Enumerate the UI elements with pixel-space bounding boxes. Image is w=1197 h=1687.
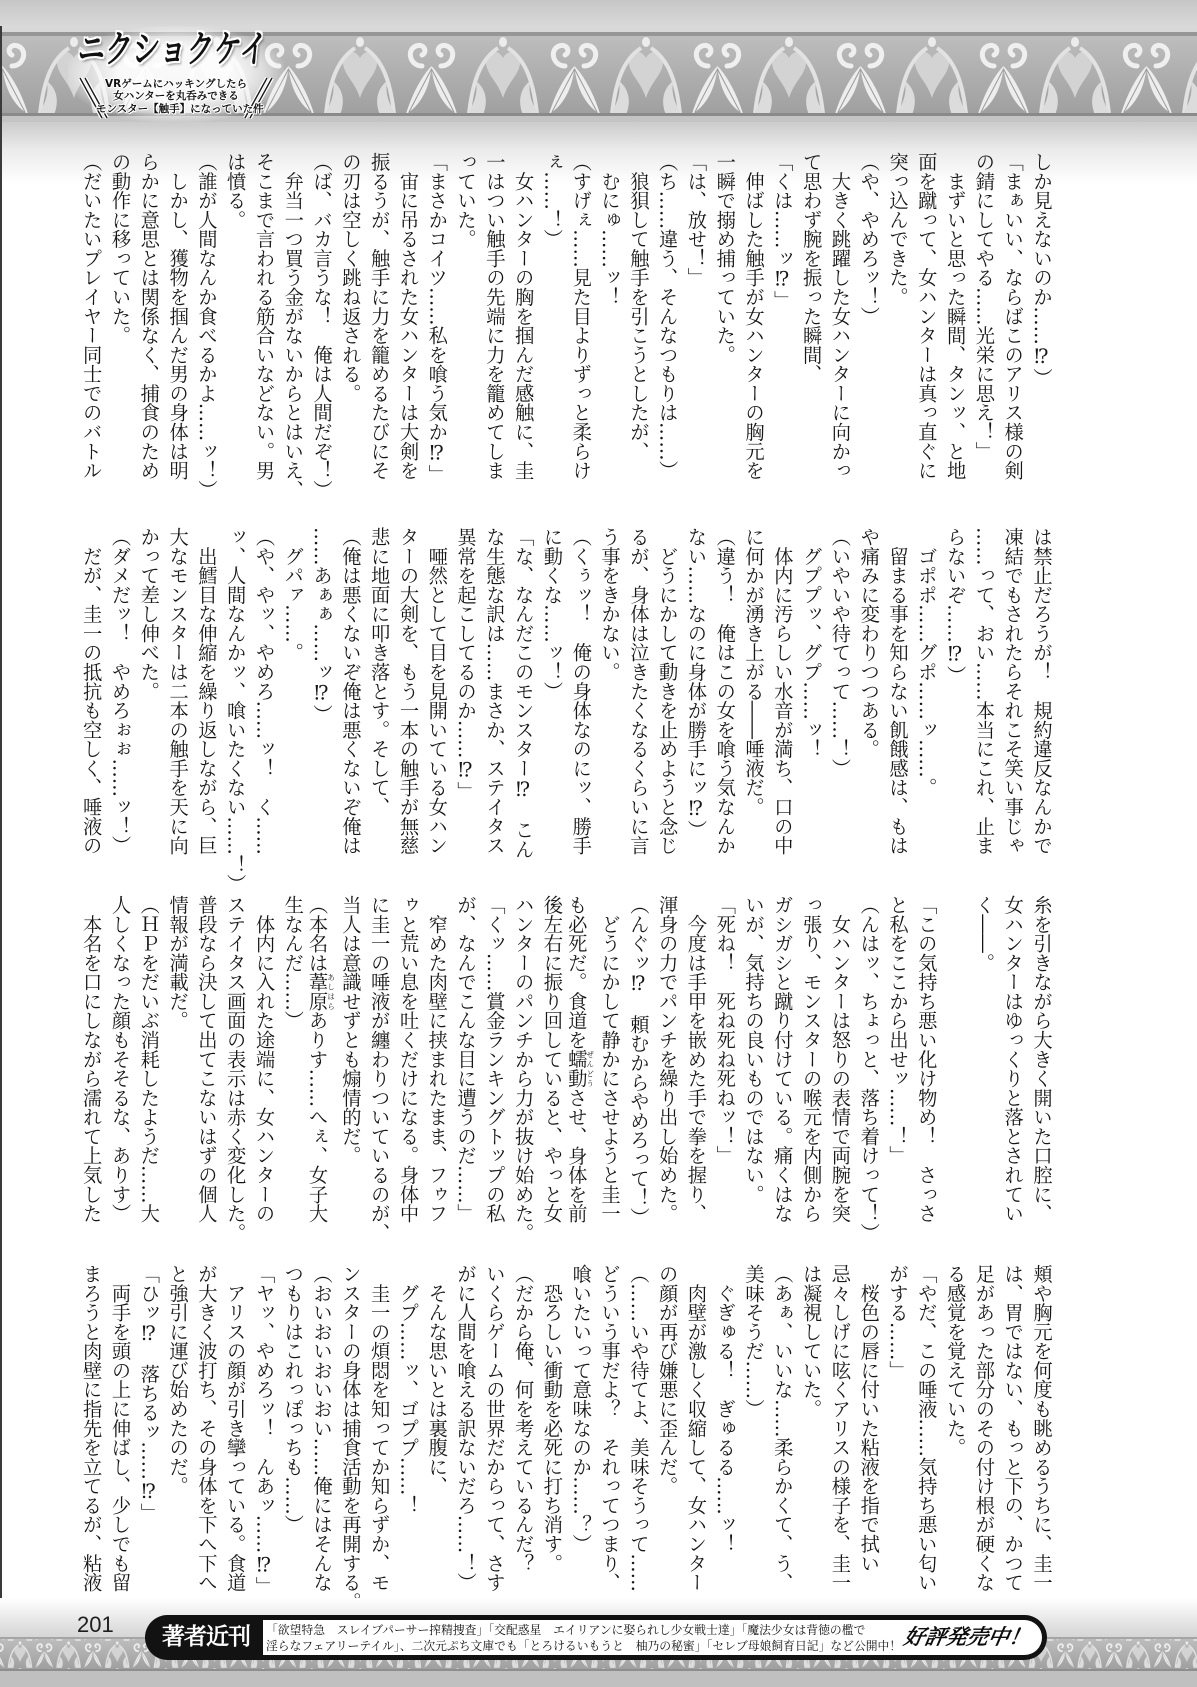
text-column: 体内に汚らしい水音が満ち、口の中 [767, 527, 796, 857]
text-column: いが、気持ちの良いものではない。 [738, 895, 767, 1225]
text-column: 渾身の力でパンチを繰り出し始めた。 [652, 895, 681, 1225]
text-column: 窄めた肉壁に挟まれたまま、フゥフ [421, 895, 450, 1225]
text-column: て思わず腕を振った瞬間、 [796, 152, 825, 482]
text-column: 弁当一つ買う金がないからとはいえ、 [277, 152, 306, 482]
text-column: 本名を口にしながら濡れて上気した [76, 895, 105, 1225]
text-column: 美味そうだ……） [738, 1264, 767, 1594]
text-column: 頬や胸元を何度も眺めるうちに、圭一 [1026, 1264, 1055, 1594]
text-column: 面を蹴って、女ハンターは真っ直ぐに [911, 152, 940, 482]
text-column: 女ハンターの胸を掴んだ感触に、圭 [508, 152, 537, 482]
text-column: の錆にしてやる……光栄に思え！」 [969, 152, 998, 482]
text-column: 桜色の唇に付いた粘液を指で拭い [853, 1264, 882, 1594]
text-column: 恐ろしい衝動を必死に打ち消す。 [537, 1264, 566, 1594]
text-column: ぐぎゅる！ ぎゅるる……ッ！ [709, 1264, 738, 1594]
ad-text-line: 淫らなフェアリーテイル」、二次元ぷち文庫でも「とろけるいもうと 柚乃の秘蜜」「セ… [266, 1638, 894, 1654]
text-column: 「ヤッ、やめろッ！ んあッ……⁉」 [249, 1264, 278, 1594]
text-column: 後左右に振り回していると、やっと女 [537, 895, 566, 1225]
text-column: グププッ、グプ……ッ！ [796, 527, 825, 857]
text-column: 普段なら決して出てこないはずの個人 [191, 895, 220, 1225]
text-column: （……いや待てよ、美味そうって…… [623, 1264, 652, 1594]
author-ad-banner: 著者近刊 「欲望特急 スレイブパーサー搾精捜査」「交配惑星 エイリアンに娶られし… [145, 1615, 1047, 1660]
text-column: 異常を起こしてるのか……⁉」 [450, 527, 479, 857]
text-column: 今度は手甲を嵌めた手で拳を握り、 [681, 895, 710, 1225]
text-column: が大きく波打ち、その身体を下へ下へ [191, 1264, 220, 1594]
ad-text-line: 「欲望特急 スレイブパーサー搾精捜査」「交配惑星 エイリアンに娶られし少女戦士達… [266, 1622, 894, 1638]
text-column: しか見えないのか……⁉） [1026, 152, 1055, 482]
text-column: らないぞ……⁉） [940, 527, 969, 857]
text-column: ハンターのパンチから力が抜け始めた。 [508, 895, 537, 1225]
text-column: の刃は空しく跳ね返される。 [335, 152, 364, 482]
book-page: ニクショクケイ VRゲームにハッキングしたら 女ハンターを丸呑みできる モンスタ… [0, 0, 1197, 1687]
text-column: 大きく跳躍した女ハンターに向かっ [825, 152, 854, 482]
text-column: だが、圭一の抵抗も空しく、唾液の [76, 527, 105, 857]
text-column: 「は、放せ！」 [681, 152, 710, 482]
text-column: 肉壁が激しく収縮して、女ハンター [681, 1264, 710, 1594]
text-column: と私をここから出せッ……！」 [882, 895, 911, 1225]
text-column: や痛みに変わりつつある。 [853, 527, 882, 857]
text-column: （あぁ、いいな……柔らかくて、う、 [767, 1264, 796, 1594]
text-column: と強引に運び始めたのだ。 [162, 1264, 191, 1594]
text-column: （んぐッ⁉ 頼むからやめろって！） [623, 895, 652, 1225]
text-column: どういう事だよ？ それってつまり、 [594, 1264, 623, 1594]
text-column: 糸を引きながら大きく開いた口腔に、 [1026, 895, 1055, 1225]
text-column: 伸ばした触手が女ハンターの胸元を [738, 152, 767, 482]
text-column: まずいと思った瞬間、タンッ、と地 [940, 152, 969, 482]
text-column: （ば、バカ言うな！ 俺は人間だぞ！） [306, 152, 335, 482]
subtitle-line: 女ハンターを丸呑みできる [96, 90, 256, 102]
text-column: ぇ……！） [537, 152, 566, 482]
text-column: （ダメだッ！ やめろぉぉ……ッ！） [105, 527, 134, 857]
text-column: どうにかして動きを止めようと念じ [652, 527, 681, 857]
text-column: 「この気持ち悪い化け物め！ さっさ [911, 895, 940, 1225]
text-column: しかし、獲物を掴んだ男の身体は明 [162, 152, 191, 482]
text-column: グパァ……。 [277, 527, 306, 857]
ad-book-list: 「欲望特急 スレイブパーサー搾精捜査」「交配惑星 エイリアンに娶られし少女戦士達… [266, 1622, 894, 1654]
footer-base-strip [0, 1671, 1197, 1687]
title-logo: ニクショクケイ VRゲームにハッキングしたら 女ハンターを丸呑みできる モンスタ… [68, 26, 284, 122]
text-tier-4: 頬や胸元を何度も眺めるうちに、圭一は、胃ではない、もっと下の、かつて足があった部… [75, 1264, 1055, 1594]
text-column: 宙に吊るされた女ハンターは大剣を [393, 152, 422, 482]
text-column: の顔が再び嫌悪に歪んだ。 [652, 1264, 681, 1594]
text-column: っていた。 [450, 152, 479, 482]
text-column: 「まさかコイツ……私を喰う気か⁉」 [421, 152, 450, 482]
ruby-annotation: 葦原あしはら [306, 972, 329, 1011]
text-column: も必死だ。食道を蠕動ぜんどうさせ、身体を前 [565, 895, 594, 1225]
subtitle: VRゲームにハッキングしたら 女ハンターを丸呑みできる モンスター【触手】になっ… [96, 78, 256, 115]
text-column: （や、やッ、やめろ……ッ！ く…… [249, 527, 278, 857]
title-text: ニクショクケイ [76, 26, 269, 72]
text-column: 唖然として目を見開いている女ハン [421, 527, 450, 857]
text-column: そんな思いとは裏腹に、 [421, 1264, 450, 1594]
text-column: （くぅッ！ 俺の身体なのにッ、勝手 [565, 527, 594, 857]
text-column: かって差し伸べた。 [134, 527, 163, 857]
ruby-reading: あしはら [327, 972, 336, 1011]
text-column: に何かが湧き上がる――唾液だ。 [738, 527, 767, 857]
ruby-reading: ぜんどう [586, 1049, 595, 1088]
text-column: グプ……ッ、ゴププ……！ [393, 1264, 422, 1594]
text-column: （誰が人間なんか食べるかよ……ッ！） [191, 152, 220, 482]
text-column: 情報が満載だ。 [162, 895, 191, 1225]
text-column: に動くな……ッ！） [537, 527, 566, 857]
text-column: 「くッ……賞金ランキングトップの私 [479, 895, 508, 1225]
text-column: 女ハンターはゆっくりと落とされてい [997, 895, 1026, 1225]
text-column: が、なんでこんな目に遭うのだ……」 [450, 895, 479, 1225]
header-top-strip [0, 0, 1197, 28]
text-column: （だから俺、何を考えているんだ？ [508, 1264, 537, 1594]
text-column: 女ハンターは怒りの表情で両腕を突 [825, 895, 854, 1225]
text-column: るが、身体は泣きたくなるくらいに言 [623, 527, 652, 857]
text-column: ターの大剣を、もう一本の触手が無慈 [393, 527, 422, 857]
text-column: 「まぁいい、ならばこのアリス様の剣 [997, 152, 1026, 482]
page-edge-line [0, 26, 2, 1672]
text-column: 「やだ、この唾液……気持ち悪い匂い [911, 1264, 940, 1594]
ruby-annotation: 蠕動ぜんどう [565, 1049, 588, 1088]
text-column: う事をきかない。 [594, 527, 623, 857]
text-column: 「ひッ⁉ 落ちるッ……⁉」 [134, 1264, 163, 1594]
text-column: がする……」 [882, 1264, 911, 1594]
text-column: つもりはこれっぽっちも……） [277, 1264, 306, 1594]
text-column: （ＨＰをだいぶ消耗したようだ……大 [134, 895, 163, 1225]
text-column: （いやいや待てって……！） [825, 527, 854, 857]
text-column: （違う！ 俺はこの女を喰う気なんか [709, 527, 738, 857]
text-column: 留まる事を知らない飢餓感は、もは [882, 527, 911, 857]
text-column: 「死ね！ 死ね死ね死ねッ！」 [709, 895, 738, 1225]
text-column: 出鱈目な伸縮を繰り返しながら、巨 [191, 527, 220, 857]
text-column: は禁止だろうが！ 規約違反なんかで [1026, 527, 1055, 857]
text-column: 凍結でもされたらそれこそ笑い事じゃ [997, 527, 1026, 857]
page-number: 201 [77, 1613, 114, 1637]
text-column: は、胃ではない、もっと下の、かつて [997, 1264, 1026, 1594]
text-column: ステイタス画面の表示は赤く変化した。 [220, 895, 249, 1225]
text-column: ガシガシと蹴り付けている。痛くはな [767, 895, 796, 1225]
text-column: （本名は葦原あしはらありす……へぇ、女子大 [306, 895, 335, 1225]
subtitle-line: モンスター【触手】になっていた件 [96, 103, 256, 115]
text-column [940, 895, 969, 1225]
text-column: 当人は意識せずとも煽情的だ。 [335, 895, 364, 1225]
ad-label: 著者近刊 [151, 1615, 261, 1660]
text-column: 圭一の煩悶を知ってか知らずか、モ [364, 1264, 393, 1594]
text-column: ゴポポ……グポ……ッ……。 [911, 527, 940, 857]
text-column: な生態な訳は……まさか、ステイタス [479, 527, 508, 857]
ad-content-box: 「欲望特急 スレイブパーサー搾精捜査」「交配惑星 エイリアンに娶られし少女戦士達… [263, 1620, 1042, 1655]
text-column: （だいたいプレイヤー同士でのバトル [76, 152, 105, 482]
text-column: 足があった部分のその付け根が硬くな [969, 1264, 998, 1594]
text-column: は憤る。 [220, 152, 249, 482]
text-column: （ち……違う、そんなつもりは……） [652, 152, 681, 482]
text-column: 「な、なんだこのモンスター⁉ こん [508, 527, 537, 857]
text-column: 一瞬で搦め捕っていた。 [709, 152, 738, 482]
text-column: （すげぇ……見た目よりずっと柔らけ [565, 152, 594, 482]
text-column: は凝視していた。 [796, 1264, 825, 1594]
text-column: っ張り、モンスターの喉元を内側から [796, 895, 825, 1225]
text-column: アリスの顔が引き攣っている。食道 [220, 1264, 249, 1594]
text-column: く――。 [969, 895, 998, 1225]
text-column: （おいおいおいおい……俺にはそんな [306, 1264, 335, 1594]
text-column: 一はつい触手の先端に力を籠めてしま [479, 152, 508, 482]
text-column: の動作に移っていた。 [105, 152, 134, 482]
text-column: ッ、人間なんかッ、喰いたくない……！） [220, 527, 249, 857]
text-column: 突っ込んできた。 [882, 152, 911, 482]
text-column: むにゅ……ッ！ [594, 152, 623, 482]
text-column: 喰いたいって意味なのか……？） [565, 1264, 594, 1594]
text-column: そこまで言われる筋合いなどない。男 [249, 152, 278, 482]
subtitle-line: VRゲームにハッキングしたら [96, 78, 256, 90]
text-tier-3: 糸を引きながら大きく開いた口腔に、女ハンターはゆっくりと落とされていく――。「こ… [75, 895, 1055, 1225]
text-column: どうにかして静かにさせようと圭一 [594, 895, 623, 1225]
text-column: 両手を頭の上に伸ばし、少しでも留 [105, 1264, 134, 1594]
text-column: らかに意思とは関係なく、捕食のため [134, 152, 163, 482]
text-column: いくらゲームの世界だからって、さす [479, 1264, 508, 1594]
text-column: 人しくなった顔もそそるな、ありす） [105, 895, 134, 1225]
text-column: 大なモンスターは二本の触手を天に向 [162, 527, 191, 857]
text-column: 悲に地面に叩き落とす。そして、 [364, 527, 393, 857]
text-column: に圭一の唾液が纏わりついているのが、 [364, 895, 393, 1225]
text-column: 振るうが、触手に力を籠めるたびにそ [364, 152, 393, 482]
text-tier-1: しか見えないのか……⁉）「まぁいい、ならばこのアリス様の剣の錆にしてやる……光栄… [75, 152, 1055, 482]
text-column: 「くは……ッ⁉」 [767, 152, 796, 482]
text-column: る感覚を覚えていた。 [940, 1264, 969, 1594]
text-column: （んはッ、ちょっと、落ち着けって！） [853, 895, 882, 1225]
text-column: ンスターの身体は捕食活動を再開する。 [335, 1264, 364, 1594]
text-column: ……あぁぁ……ッ⁉） [306, 527, 335, 857]
text-column: （や、やめろッ！） [853, 152, 882, 482]
text-column: 狼狽して触手を引こうとしたが、 [623, 152, 652, 482]
text-column: ゥと荒い息を吐くだけになる。身体中 [393, 895, 422, 1225]
ad-tagline: 好評発売中！ [901, 1620, 1033, 1655]
text-column: 忌々しげに呟くアリスの様子を、圭一 [825, 1264, 854, 1594]
text-column: 体内に入れた途端に、女ハンターの [249, 895, 278, 1225]
text-column: ない……なのに身体が勝手にッ⁉） [681, 527, 710, 857]
text-tier-2: は禁止だろうが！ 規約違反なんかで凍結でもされたらそれこそ笑い事じゃ……って、お… [75, 527, 1055, 857]
text-column: ……って、おい……本当にこれ、止ま [969, 527, 998, 857]
text-column: まろうと肉壁に指先を立てるが、粘液 [76, 1264, 105, 1594]
text-column: （俺は悪くないぞ俺は悪くないぞ俺は [335, 527, 364, 857]
text-column: がに人間を喰える訳ないだろ……！） [450, 1264, 479, 1594]
